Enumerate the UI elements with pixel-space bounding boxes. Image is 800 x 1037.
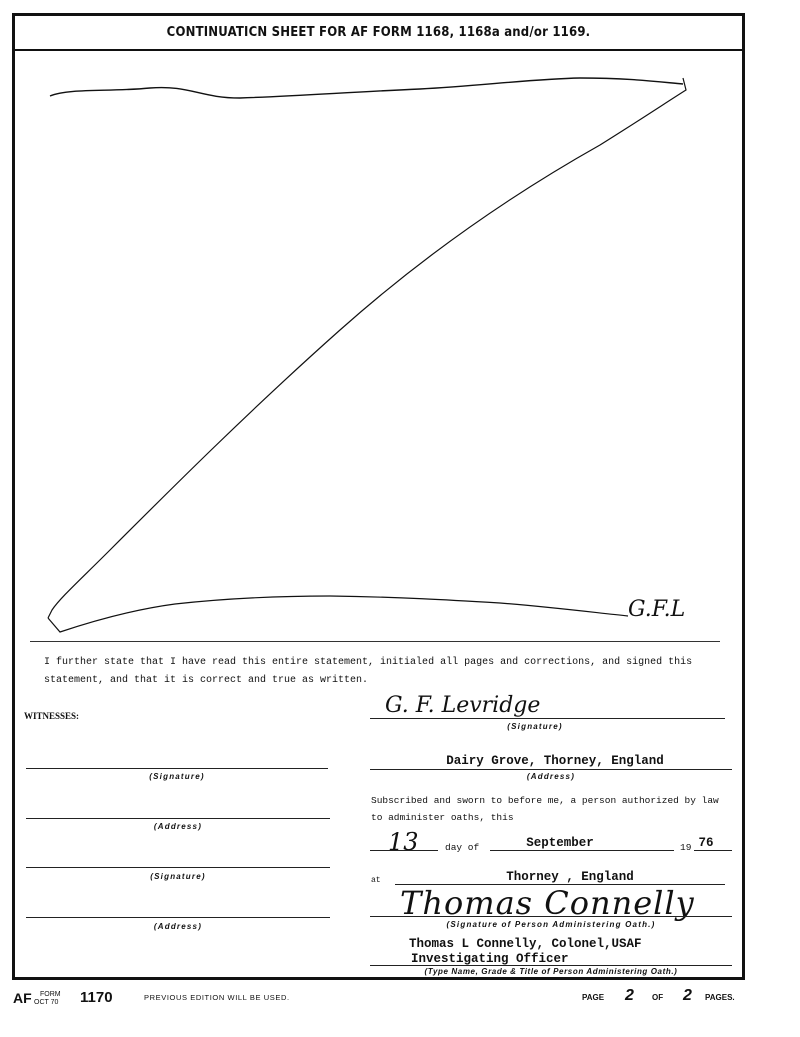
footer-edition-note: PREVIOUS EDITION WILL BE USED. — [144, 993, 290, 1002]
witness-1-signature-line[interactable] — [26, 768, 328, 769]
witness-2-signature-caption: (Signature) — [26, 872, 330, 881]
signer-signature: G. F. Levridge — [385, 693, 540, 718]
section-divider — [30, 641, 720, 642]
witness-1-signature-caption: (Signature) — [26, 772, 328, 781]
oath-text: Subscribed and sworn to before me, a per… — [371, 792, 721, 826]
oath-at-label: at — [371, 876, 381, 885]
officer-name-caption: (Type Name, Grade & Title of Person Admi… — [370, 967, 732, 976]
witnesses-label: WITNESSES: — [24, 711, 79, 721]
attestation-statement: I further state that I have read this en… — [44, 654, 734, 690]
footer-form-date: OCT 70 — [34, 999, 58, 1006]
officer-title: Investigating Officer — [385, 952, 751, 966]
witness-2-address-line[interactable] — [26, 917, 330, 918]
signer-address-line[interactable] — [370, 769, 732, 770]
footer-form-number: 1170 — [80, 989, 113, 1006]
footer-page-total: 2 — [683, 987, 692, 1005]
oath-month: September — [490, 836, 630, 850]
oath-day: 13 — [388, 828, 419, 856]
signer-signature-caption: (Signature) — [370, 722, 700, 731]
officer-name-line[interactable] — [370, 965, 732, 966]
oath-year-prefix: 19 — [680, 842, 691, 853]
footer-form-label: FORM — [40, 991, 61, 998]
footer-page-label: PAGE — [582, 993, 604, 1002]
footer-pages-label: PAGES. — [705, 993, 735, 1002]
signer-signature-line[interactable] — [370, 718, 725, 719]
oath-month-line[interactable] — [490, 850, 674, 851]
footer-af: AF — [13, 990, 32, 1006]
officer-signature-line[interactable] — [370, 916, 732, 917]
oath-place: Thorney , England — [470, 870, 670, 884]
officer-name: Thomas L Connelly, Colonel,USAF — [385, 937, 749, 951]
witness-2-signature-line[interactable] — [26, 867, 330, 868]
oath-year: 76 — [694, 836, 718, 850]
witness-1-address-line[interactable] — [26, 818, 330, 819]
oath-day-label: day of — [445, 842, 479, 853]
witness-2-address-caption: (Address) — [26, 922, 330, 931]
footer-of-label: OF — [652, 993, 663, 1002]
officer-signature-caption: (Signature of Person Administering Oath.… — [370, 920, 732, 929]
z-strike-mark — [0, 0, 800, 1037]
footer-page-current: 2 — [625, 987, 634, 1005]
signer-address: Dairy Grove, Thorney, England — [370, 754, 740, 768]
oath-day-line[interactable] — [370, 850, 438, 851]
oath-year-line[interactable] — [694, 850, 732, 851]
initials: G.F.L — [628, 597, 685, 622]
signer-address-caption: (Address) — [370, 772, 732, 781]
witness-1-address-caption: (Address) — [26, 822, 330, 831]
